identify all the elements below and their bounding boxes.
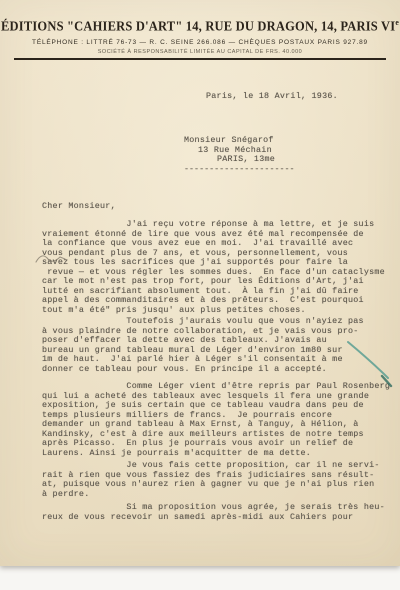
salutation: Cher Monsieur, — [42, 202, 116, 212]
letterhead-legal-line: SOCIÉTÉ À RESPONSABILITÉ LIMITÉE AU CAPI… — [0, 49, 400, 55]
letterhead-title: ÉDITIONS "CAHIERS D'ART" 14, RUE DU DRAG… — [0, 17, 400, 35]
body-paragraph: Toutefois j'aurais voulu que vous n'ayie… — [42, 317, 364, 374]
body-paragraph: J'ai reçu votre réponse à ma lettre, et … — [42, 220, 385, 315]
letter-page: ÉDITIONS "CAHIERS D'ART" 14, RUE DU DRAG… — [0, 0, 400, 566]
recipient-block: Monsieur Snégarof 13 Rue Méchain PARIS, … — [184, 136, 295, 174]
body-paragraph: Je vous fais cette proposition, car il n… — [42, 461, 380, 499]
recipient-underline: ---------------------- — [184, 165, 295, 175]
letterhead-title-main: ÉDITIONS "CAHIERS D'ART" 14, RUE DU DRAG… — [1, 18, 395, 34]
pencil-insertion-mark-icon — [34, 250, 68, 266]
body-paragraph: Si ma proposition vous agrée, je serais … — [42, 503, 385, 522]
teal-crayon-mark-icon — [344, 336, 396, 390]
body-paragraph: Comme Léger vient d'être repris par Paul… — [42, 382, 390, 458]
letterhead-divider-rule — [14, 58, 386, 60]
letterhead-title-superscript: e — [395, 17, 399, 27]
dateline: Paris, le 18 Avril, 1936. — [206, 92, 338, 102]
letterhead-info-line: TÉLÉPHONE : LITTRÉ 76-73 — R. C. SEINE 2… — [0, 39, 400, 46]
